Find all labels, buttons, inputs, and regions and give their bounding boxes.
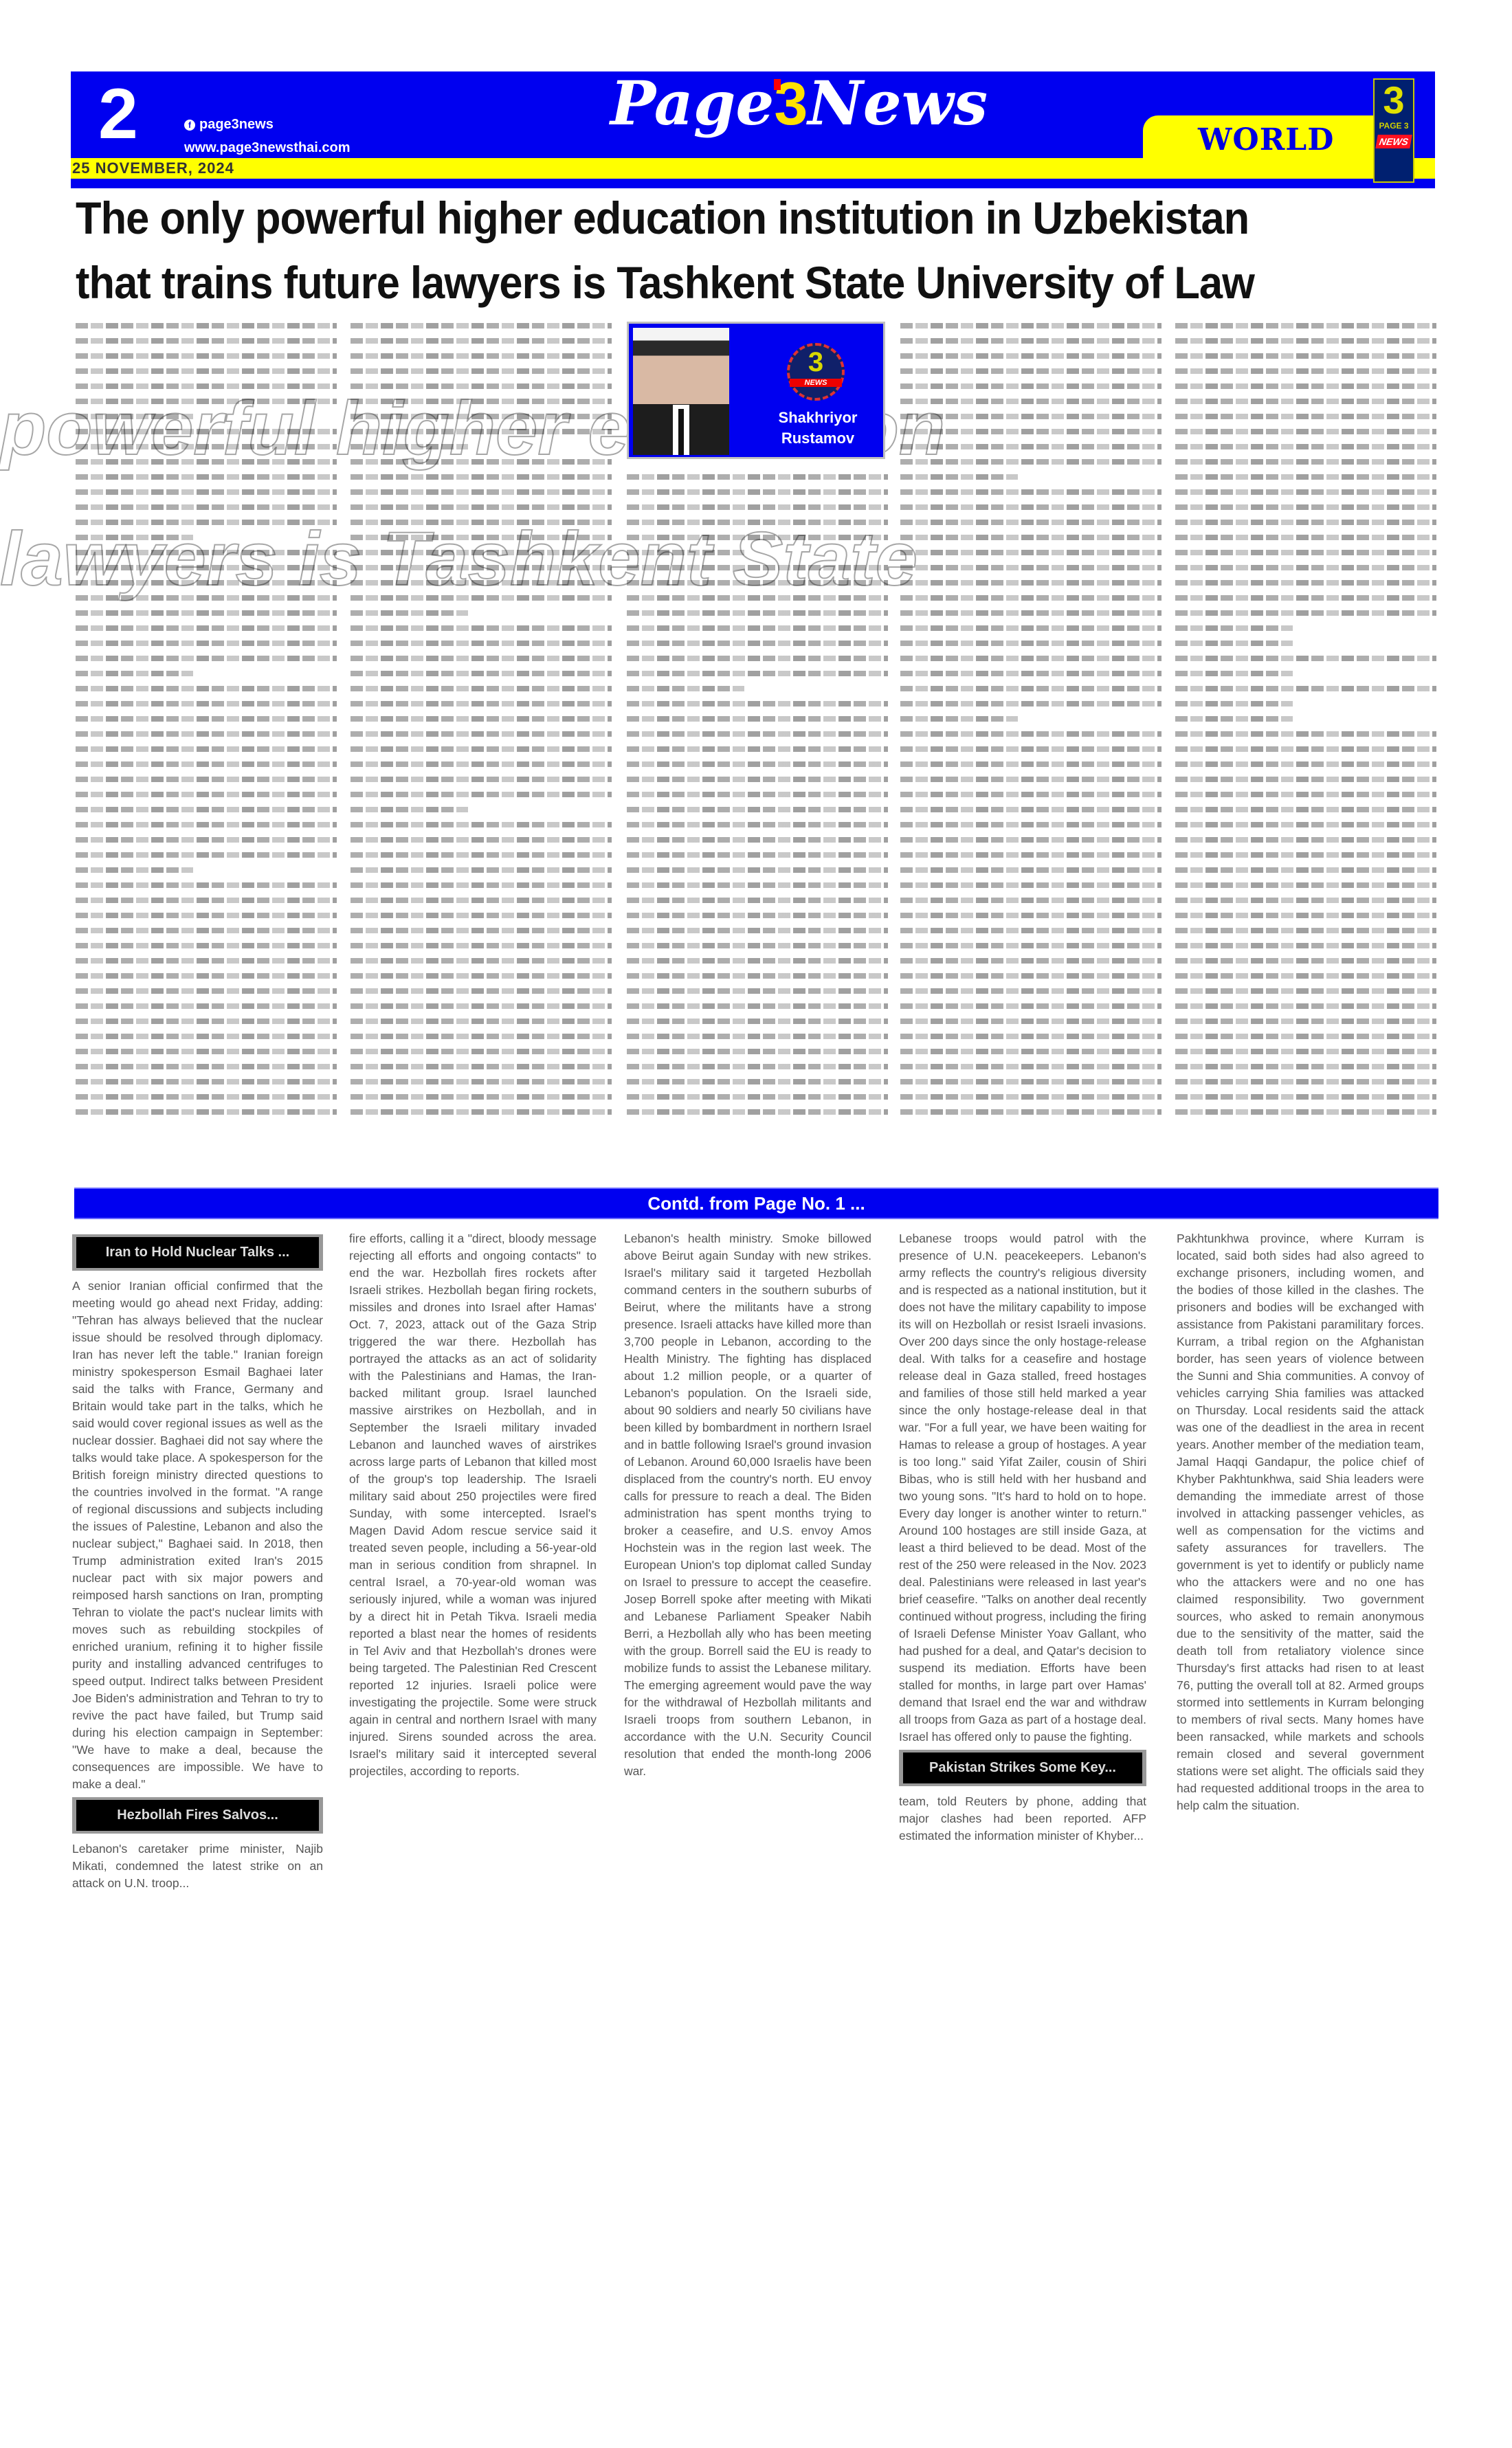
date-band [71,158,1435,179]
article-body: Pakhtunkhwa province, where Kurram is lo… [1177,1230,1424,1814]
section-label: WORLD [1198,122,1334,157]
lower-column-1: Iran to Hold Nuclear Talks ... A senior … [72,1230,323,1892]
facebook-link[interactable]: fpage3news [184,113,351,136]
author-photo [633,328,729,455]
badge-page-label: PAGE 3 [1375,121,1413,131]
main-headline: The only powerful higher education insti… [76,186,1348,315]
sub-heading-iran-nuclear-talks: Iran to Hold Nuclear Talks ... [72,1234,323,1271]
article-column-1 [76,323,337,1124]
page3-badge-logo: 3 PAGE 3 NEWS [1373,78,1414,183]
article-column-5 [1175,323,1436,1124]
article-body: team, told Reuters by phone, adding that… [899,1793,1146,1845]
issue-date: 25 NOVEMBER, 2024 [72,159,234,177]
headline-line-2: that trains future lawyers is Tashkent S… [76,250,1348,315]
article-body: Lebanese troops would patrol with the pr… [899,1230,1146,1746]
sub-heading-pakistan: Pakistan Strikes Some Key... [899,1750,1146,1786]
article-body: fire efforts, calling it a "direct, bloo… [349,1230,597,1780]
logo-number: 3 [774,69,808,137]
lower-column-4: Lebanese troops would patrol with the pr… [899,1230,1146,1845]
article-column-4 [900,323,1161,1124]
sub-heading-hezbollah: Hezbollah Fires Salvos... [72,1797,323,1834]
headline-line-1: The only powerful higher education insti… [76,186,1348,250]
badge-number: 3 [1375,80,1413,121]
article-body: Lebanon's caretaker prime minister, Naji… [72,1840,323,1892]
page3-round-logo: 3 NEWS [787,343,845,401]
logo-suffix: News [808,67,988,139]
page-number: 2 [98,78,138,150]
lower-column-3: Lebanon's health ministry. Smoke billowe… [624,1230,871,1780]
newspaper-logo: Page3News [610,73,988,134]
author-byline-card: 3 NEWS Shakhriyor Rustamov [627,322,885,459]
article-column-3 [627,474,888,1124]
masthead: 2 fpage3news www.page3newsthai.com 25 NO… [71,71,1435,188]
article-column-2 [351,323,612,1124]
facebook-icon: f [184,120,195,131]
social-links: fpage3news www.page3newsthai.com [184,113,351,159]
author-name: Shakhriyor Rustamov [759,408,876,449]
article-body: Lebanon's health ministry. Smoke billowe… [624,1230,871,1780]
badge-news-label: NEWS [1375,135,1412,148]
website-link[interactable]: www.page3newsthai.com [184,136,351,159]
logo-prefix: Page [610,67,774,139]
lower-column-5: Pakhtunkhwa province, where Kurram is lo… [1177,1230,1424,1814]
facebook-handle: page3news [199,117,274,132]
continued-from-page-bar: Contd. from Page No. 1 ... [74,1188,1438,1219]
article-body: A senior Iranian official confirmed that… [72,1278,323,1793]
lower-column-2: fire efforts, calling it a "direct, bloo… [349,1230,597,1780]
